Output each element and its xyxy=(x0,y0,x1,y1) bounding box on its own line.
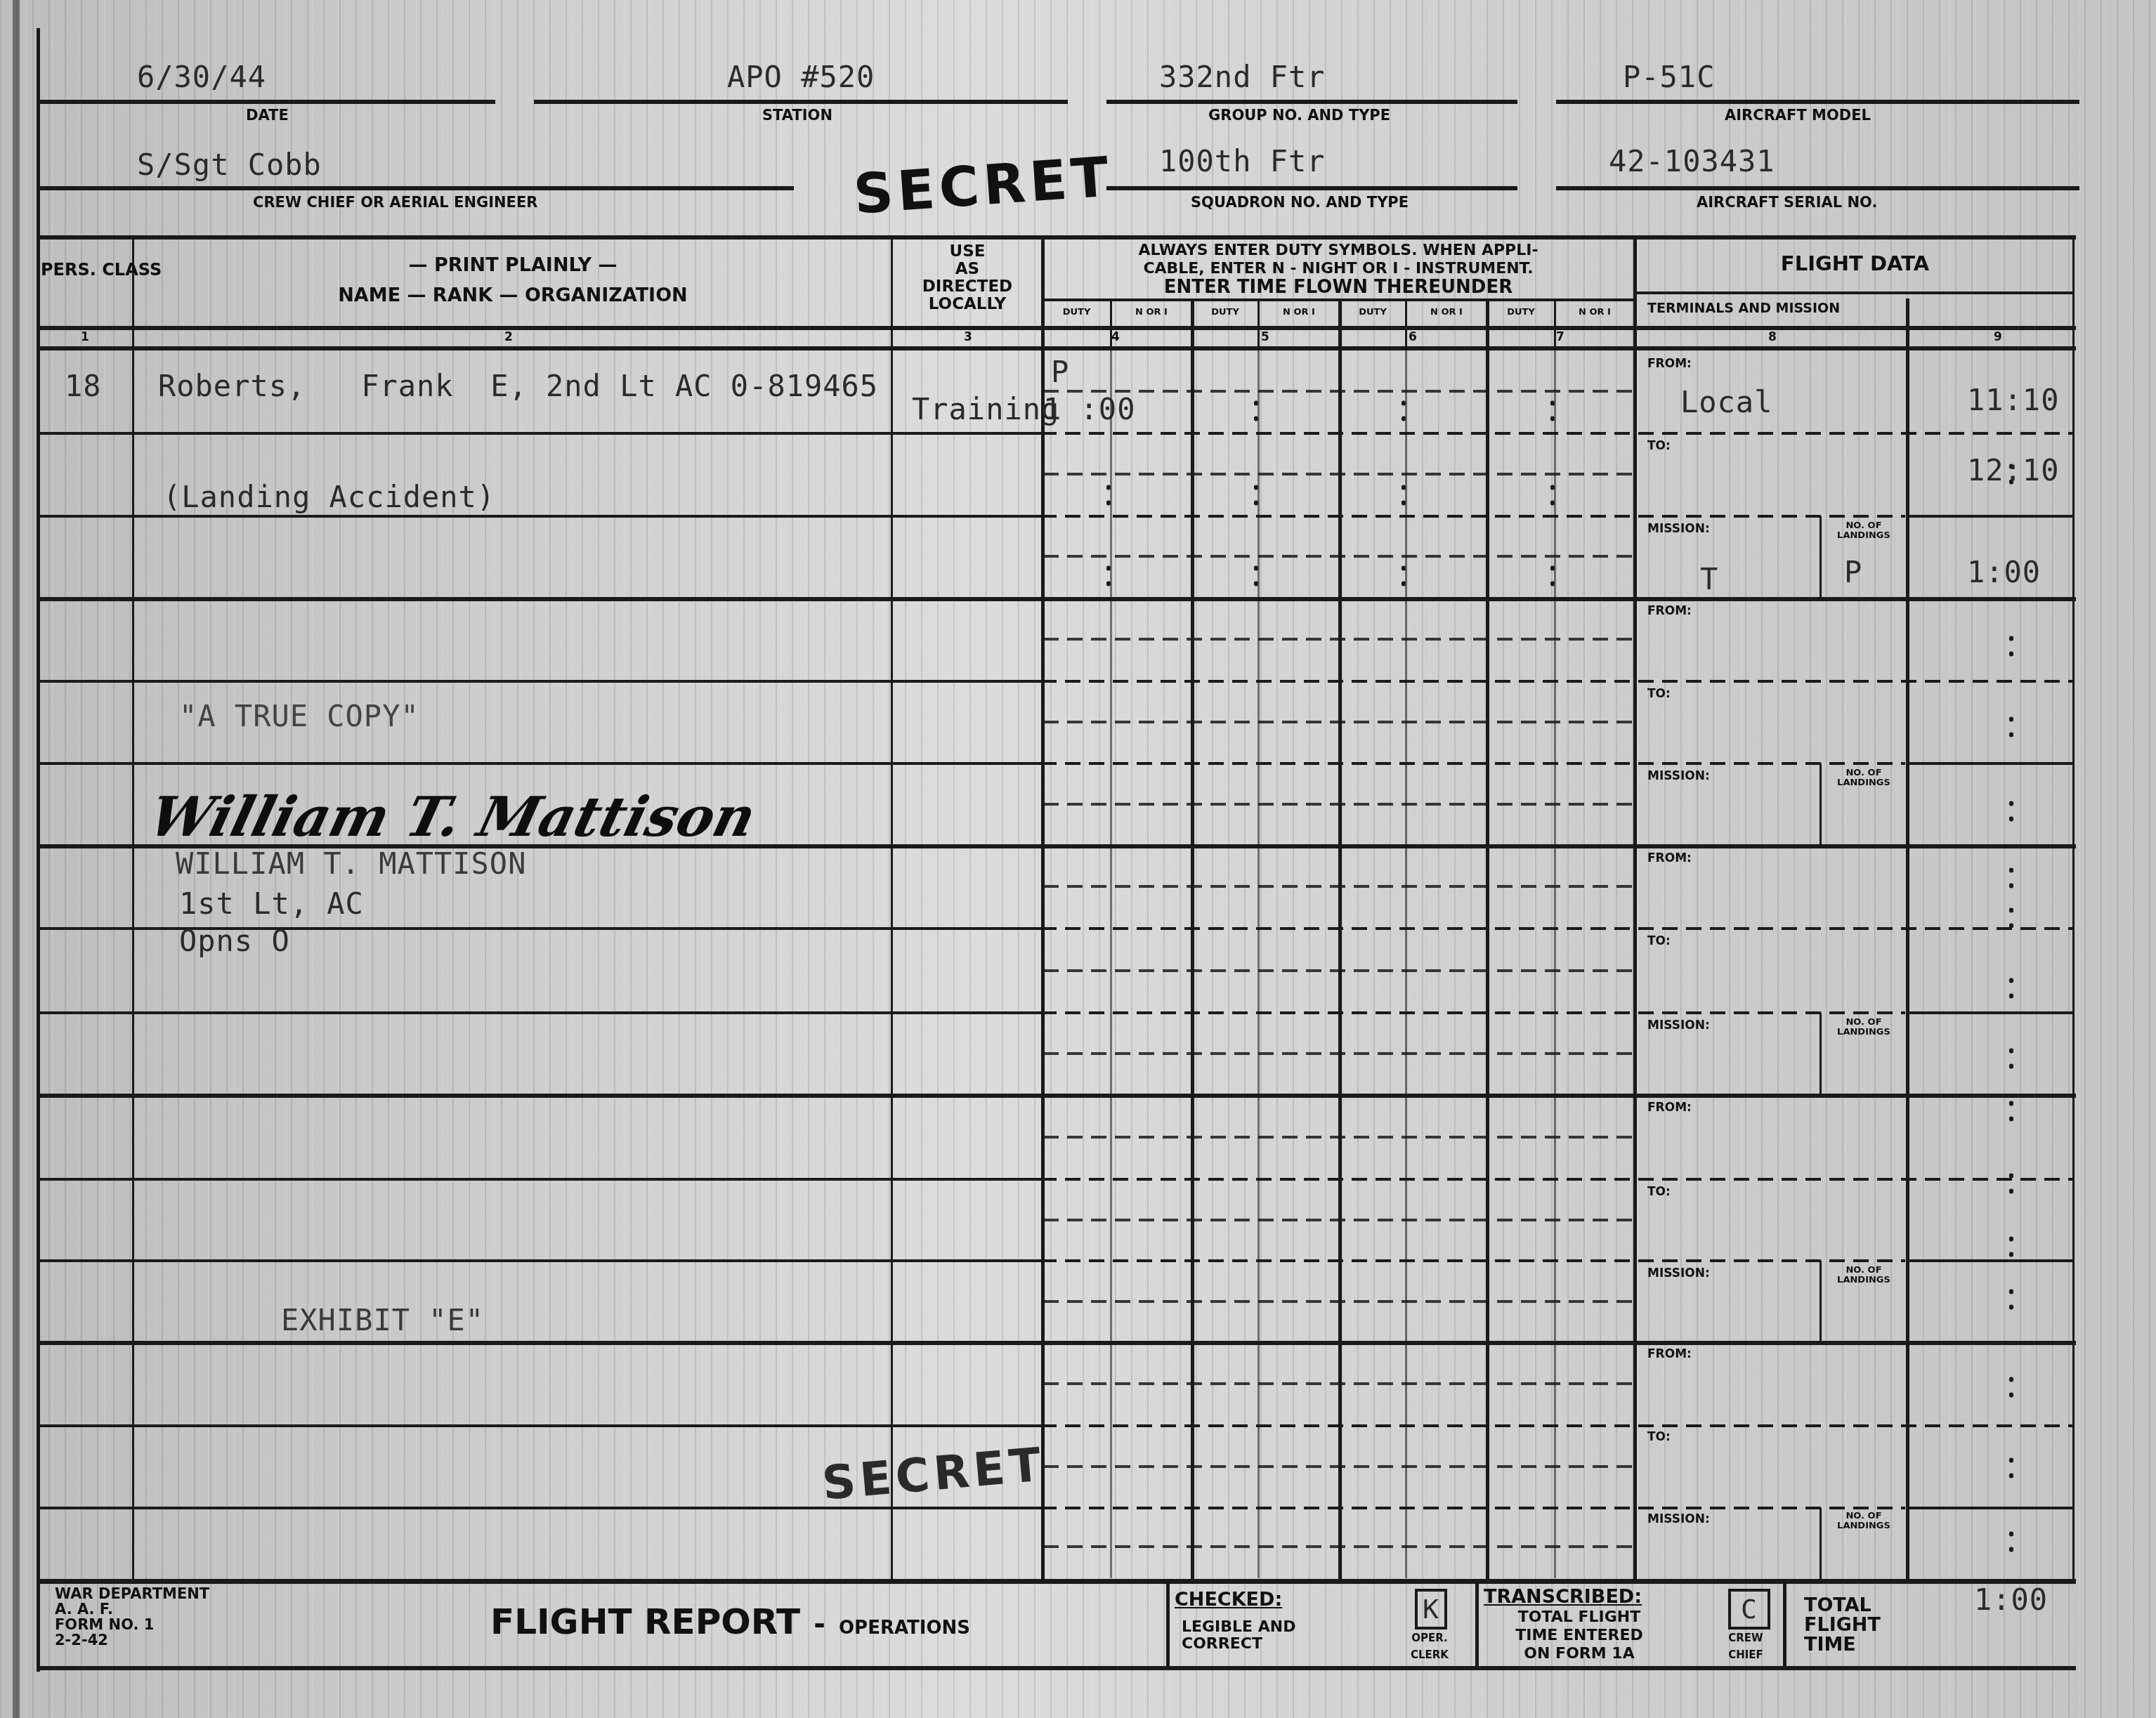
oper-line: OPER. xyxy=(1402,1630,1458,1646)
form-no-label: FORM NO. 1 xyxy=(55,1617,209,1632)
col-number-8: 8 xyxy=(1768,330,1777,344)
total-flight-time-value: 1:00 xyxy=(1974,1582,2048,1617)
flight-data-header: FLIGHT DATA xyxy=(1635,251,2075,275)
block5-dash-2 xyxy=(1041,1507,1905,1509)
total-flight-time-label: TOTAL FLIGHT TIME xyxy=(1804,1596,1881,1655)
duty-colon-h xyxy=(1550,485,1555,506)
aircraft-model-label: AIRCRAFT MODEL xyxy=(1725,107,1871,124)
duty-midline-8 xyxy=(1043,969,1633,972)
station-underline xyxy=(534,100,1068,104)
group-label: GROUP NO. AND TYPE xyxy=(1208,107,1390,124)
entry-duty-time: 1 :00 xyxy=(1043,392,1135,426)
date-label: DATE xyxy=(246,107,289,124)
entry-time-total: 1:00 xyxy=(1967,555,2041,589)
table-top-line xyxy=(39,235,2076,240)
block1-row-line-2 xyxy=(39,515,1043,518)
time-colon-14 xyxy=(2009,1289,2013,1310)
oper-clerk-label: OPER. CLERK xyxy=(1402,1630,1458,1663)
entry-mission: T xyxy=(1700,562,1718,596)
block4-dash-2 xyxy=(1041,1259,1905,1262)
total-line: TOTAL xyxy=(1804,1596,1881,1615)
form-title-main: FLIGHT REPORT xyxy=(490,1601,800,1642)
name-rank-org-header: NAME — RANK — ORGANIZATION xyxy=(133,284,892,306)
duty-colon-j xyxy=(1402,565,1406,586)
squadron-label: SQUADRON NO. AND TYPE xyxy=(1191,194,1409,211)
signer-name: WILLIAM T. MATTISON xyxy=(176,846,526,881)
station-label: STATION xyxy=(762,107,832,124)
entry-remark: (Landing Accident) xyxy=(163,480,495,514)
block4-row-line-1 xyxy=(39,1178,1043,1181)
landings-label-4: NO. OF LANDINGS xyxy=(1824,1266,1903,1285)
col-number-4: 4 xyxy=(1111,330,1120,344)
duty-midline-5 xyxy=(1043,721,1633,723)
group-underline xyxy=(1106,100,1517,104)
duty-colon-c xyxy=(1402,400,1406,421)
flight-data-subheader-line xyxy=(1633,291,2075,294)
footer-checked-left xyxy=(1166,1582,1170,1666)
block3-dash-2 xyxy=(1041,1011,1905,1014)
block2-row-line-1 xyxy=(39,680,1043,683)
mission-label-3: MISSION: xyxy=(1647,1018,1710,1032)
entry-time-to: 12:10 xyxy=(1967,453,2059,487)
true-copy-text: "A TRUE COPY" xyxy=(179,699,419,733)
time-colon-17 xyxy=(2009,1531,2013,1552)
signer-org: Opns O xyxy=(179,924,290,958)
time-colon-11 xyxy=(2009,1101,2013,1122)
landings-label-5: NO. OF LANDINGS xyxy=(1824,1512,1903,1531)
oper-clerk-initial-box[interactable]: K xyxy=(1415,1589,1447,1630)
col-number-6: 6 xyxy=(1409,330,1417,344)
col6-mid xyxy=(1405,299,1407,348)
duty-subheader-2: DUTY xyxy=(1193,307,1257,317)
landing-box-left-2 xyxy=(1819,763,1822,846)
duty-instr-line-2: CABLE, ENTER N - NIGHT OR I - INSTRUMENT… xyxy=(1044,260,1633,278)
legible-line: LEGIBLE AND xyxy=(1182,1619,1295,1636)
table-right-edge xyxy=(2072,237,2075,1580)
print-plainly-header: — PRINT PLAINLY — xyxy=(133,254,892,276)
block5-row-line-1 xyxy=(39,1424,1043,1427)
duty-colon-e xyxy=(1106,565,1111,586)
block4-time-line-2 xyxy=(1906,1259,2075,1262)
block1-dash-1 xyxy=(1041,432,2072,435)
block2-row-line-2 xyxy=(39,762,1043,765)
duty-instructions-header: ALWAYS ENTER DUTY SYMBOLS. WHEN APPLI- C… xyxy=(1044,242,1633,296)
colnum-bottom-line xyxy=(39,346,2076,350)
block4-bottom xyxy=(39,1341,2076,1345)
duty-midline-12 xyxy=(1043,1300,1633,1303)
signature: William T. Mattison xyxy=(143,785,762,849)
transcribed-line-2: TIME ENTERED xyxy=(1488,1627,1671,1645)
aaf-label: A. A. F. xyxy=(55,1601,209,1617)
block5-dash-1 xyxy=(1041,1424,2072,1427)
to-label-3: TO: xyxy=(1647,934,1671,948)
block4-row-line-2 xyxy=(39,1259,1043,1262)
time-colon-4 xyxy=(2009,636,2013,657)
transcribed-line-3: ON FORM 1A xyxy=(1488,1645,1671,1663)
col-number-5: 5 xyxy=(1261,330,1269,344)
squadron-value: 100th Ftr xyxy=(1159,144,1326,178)
form-title-dash: - xyxy=(814,1608,825,1641)
war-department-label: WAR DEPARTMENT xyxy=(55,1586,209,1601)
footer-transcribed-left xyxy=(1475,1582,1479,1666)
landings-label-3: NO. OF LANDINGS xyxy=(1824,1018,1903,1037)
block3-time-line-2 xyxy=(1906,1011,2075,1014)
exhibit-label: EXHIBIT "E" xyxy=(281,1303,484,1337)
block5-time-line-2 xyxy=(1906,1507,2075,1509)
block3-dash-1 xyxy=(1041,927,2072,930)
n-or-i-subheader-2: N OR I xyxy=(1260,307,1338,317)
date-underline xyxy=(39,100,495,104)
crew-chief-label: CREW CHIEF xyxy=(1718,1630,1774,1663)
mission-label-4: MISSION: xyxy=(1647,1266,1710,1280)
landings-label-1: NO. OF LANDINGS xyxy=(1824,521,1903,541)
secret-stamp-bottom: SECRET xyxy=(820,1437,1047,1510)
checked-label: CHECKED: xyxy=(1175,1589,1282,1611)
crew-chief-underline xyxy=(39,186,794,190)
use-line-2: AS xyxy=(894,261,1041,278)
signer-rank: 1st Lt, AC xyxy=(179,886,364,921)
col4-right xyxy=(1191,299,1194,1580)
from-label-4: FROM: xyxy=(1647,1101,1692,1115)
duty1-divider xyxy=(1110,349,1112,1578)
squadron-underline xyxy=(1106,186,1517,190)
landing-box-left-1 xyxy=(1819,516,1822,599)
use-line-3: DIRECTED xyxy=(894,278,1041,296)
footer-bottom-line xyxy=(39,1666,2076,1670)
n-or-i-subheader-1: N OR I xyxy=(1112,307,1191,317)
crew-chief-initial-box[interactable]: C xyxy=(1728,1589,1770,1630)
duty-subheader-4: DUTY xyxy=(1488,307,1554,317)
form-title-sub: OPERATIONS xyxy=(839,1618,970,1639)
time-line: TIME xyxy=(1804,1635,1881,1655)
legible-correct-label: LEGIBLE AND CORRECT xyxy=(1182,1619,1295,1653)
time-colon-7 xyxy=(2009,867,2013,888)
time-colon-10 xyxy=(2009,1048,2013,1069)
pers-class-header: PERS. CLASS xyxy=(41,261,131,278)
to-label-2: TO: xyxy=(1647,687,1671,701)
transcribed-text: TOTAL FLIGHT TIME ENTERED ON FORM 1A xyxy=(1488,1608,1671,1663)
duty-subheader-line xyxy=(1041,299,1635,301)
aircraft-model-value: P-51C xyxy=(1623,60,1715,94)
duty-instr-line-3: ENTER TIME FLOWN THEREUNDER xyxy=(1044,278,1633,296)
block1-bottom xyxy=(39,597,2076,601)
mission-label-2: MISSION: xyxy=(1647,769,1710,783)
transcribed-line-1: TOTAL FLIGHT xyxy=(1488,1608,1671,1627)
duty-instr-line-1: ALWAYS ENTER DUTY SYMBOLS. WHEN APPLI- xyxy=(1044,242,1633,260)
time-colon-8 xyxy=(2009,907,2013,929)
from-label-2: FROM: xyxy=(1647,604,1692,618)
duty-colon-f xyxy=(1254,485,1258,506)
entry-pers-class: 18 xyxy=(65,369,102,403)
flight-line: FLIGHT xyxy=(1804,1615,1881,1635)
duty-midline-3 xyxy=(1043,555,1633,558)
mission-label-1: MISSION: xyxy=(1647,522,1710,536)
duty-subheader-1: DUTY xyxy=(1043,307,1110,317)
block3-row-line-2 xyxy=(39,1011,1043,1014)
duty3-divider xyxy=(1405,349,1407,1578)
landing-box-left-3 xyxy=(1819,1013,1822,1096)
duty-midline-14 xyxy=(1043,1465,1633,1468)
to-label-5: TO: xyxy=(1647,1430,1671,1444)
n-or-i-subheader-4: N OR I xyxy=(1556,307,1633,317)
block4-dash-1 xyxy=(1041,1178,2072,1181)
block3-bottom xyxy=(39,1094,2076,1098)
transcribed-label: TRANSCRIBED: xyxy=(1484,1586,1642,1608)
duty-midline-6 xyxy=(1043,803,1633,806)
landing-box-left-4 xyxy=(1819,1261,1822,1344)
station-value: APO #520 xyxy=(727,60,875,94)
col-number-9: 9 xyxy=(1994,330,2002,344)
block2-time-line-2 xyxy=(1906,762,2075,765)
time-colon-13 xyxy=(2009,1236,2013,1257)
aircraft-serial-label: AIRCRAFT SERIAL NO. xyxy=(1697,194,1877,211)
block5-row-line-2 xyxy=(39,1507,1043,1509)
to-label-4: TO: xyxy=(1647,1185,1671,1199)
time-colon-9 xyxy=(2009,978,2013,999)
duty-midline-7 xyxy=(1043,885,1633,888)
footer-form-id: WAR DEPARTMENT A. A. F. FORM NO. 1 2-2-4… xyxy=(55,1586,209,1648)
secret-stamp-top: SECRET xyxy=(851,145,1115,227)
duty4-divider xyxy=(1554,349,1556,1578)
col3-right xyxy=(1041,237,1045,1580)
page-left-edge xyxy=(13,0,20,1718)
col-number-2: 2 xyxy=(504,330,513,344)
from-label-3: FROM: xyxy=(1647,851,1692,865)
time-colon-12 xyxy=(2009,1173,2013,1194)
block1-row-line-1 xyxy=(39,432,1043,435)
use-line-1: USE xyxy=(894,243,1041,261)
col-number-7: 7 xyxy=(1556,330,1564,344)
crew-line: CREW xyxy=(1718,1630,1774,1646)
col-number-3: 3 xyxy=(964,330,972,344)
from-label-5: FROM: xyxy=(1647,1347,1692,1361)
duty-colon-d xyxy=(1550,400,1555,421)
duty-midline-10 xyxy=(1043,1136,1633,1139)
col5-mid xyxy=(1257,299,1260,348)
aircraft-serial-underline xyxy=(1556,186,2079,190)
group-value: 332nd Ftr xyxy=(1159,60,1326,94)
block2-dash-1 xyxy=(1041,680,2072,683)
from-label-1: FROM: xyxy=(1647,357,1692,371)
col8-right xyxy=(1906,299,1909,1580)
entry-use-as-directed: Training xyxy=(912,392,1059,426)
use-as-directed-header: USE AS DIRECTED LOCALLY xyxy=(894,243,1041,313)
duty-midline-11 xyxy=(1043,1219,1633,1221)
footer-total-left xyxy=(1783,1582,1786,1666)
entry-name: Roberts, Frank E, 2nd Lt AC 0-819465 xyxy=(158,369,878,403)
duty2-divider xyxy=(1257,349,1260,1578)
footer-top-line xyxy=(39,1579,2076,1584)
entry-from: Local xyxy=(1680,385,1772,419)
duty-colon-g xyxy=(1402,485,1406,506)
block2-dash-2 xyxy=(1041,762,1905,765)
duty-midline-4 xyxy=(1043,638,1633,641)
duty-colon-i xyxy=(1254,565,1258,586)
duty-midline-9 xyxy=(1043,1052,1633,1055)
form-date-label: 2-2-42 xyxy=(55,1632,209,1648)
mission-label-5: MISSION: xyxy=(1647,1512,1710,1526)
duty-colon-b xyxy=(1254,400,1258,421)
date-value: 6/30/44 xyxy=(137,60,266,94)
col-number-1: 1 xyxy=(81,330,89,344)
time-colon-15 xyxy=(2009,1377,2013,1398)
entry-time-from: 11:10 xyxy=(1967,383,2059,417)
duty-colon-a xyxy=(1106,485,1111,506)
col1-right xyxy=(132,237,134,1580)
duty-midline-2 xyxy=(1043,473,1633,476)
clerk-line: CLERK xyxy=(1402,1646,1458,1663)
terminals-mission-header: TERMINALS AND MISSION xyxy=(1647,301,1840,316)
aircraft-model-underline xyxy=(1556,100,2079,104)
aircraft-serial-value: 42-103431 xyxy=(1609,144,1775,178)
time-colon-5 xyxy=(2009,716,2013,737)
block1-dash-2 xyxy=(1041,515,1905,518)
crew-chief-value: S/Sgt Cobb xyxy=(137,147,322,182)
col6-right xyxy=(1486,299,1489,1580)
block1-time-line-2 xyxy=(1906,515,2075,518)
duty-subheader-3: DUTY xyxy=(1340,307,1405,317)
correct-line: CORRECT xyxy=(1182,1636,1295,1653)
n-or-i-subheader-3: N OR I xyxy=(1407,307,1486,317)
entry-landings: P xyxy=(1844,555,1862,589)
duty-midline-13 xyxy=(1043,1382,1633,1385)
col5-right xyxy=(1338,299,1342,1580)
duty-midline-15 xyxy=(1043,1545,1633,1548)
time-colon-6 xyxy=(2009,801,2013,822)
landings-label-2: NO. OF LANDINGS xyxy=(1824,768,1903,788)
to-label-1: TO: xyxy=(1647,439,1671,453)
duty-colon-k xyxy=(1550,565,1555,586)
crew-chief-label: CREW CHIEF OR AERIAL ENGINEER xyxy=(253,194,537,211)
chief-line: CHIEF xyxy=(1718,1646,1774,1663)
use-line-4: LOCALLY xyxy=(894,296,1041,313)
form-title: FLIGHT REPORT - OPERATIONS xyxy=(490,1601,970,1642)
landing-box-left-5 xyxy=(1819,1508,1822,1580)
col7-right xyxy=(1633,237,1637,1580)
entry-duty-symbol: P xyxy=(1051,355,1069,389)
time-colon-16 xyxy=(2009,1457,2013,1478)
col2-right xyxy=(891,237,893,1580)
